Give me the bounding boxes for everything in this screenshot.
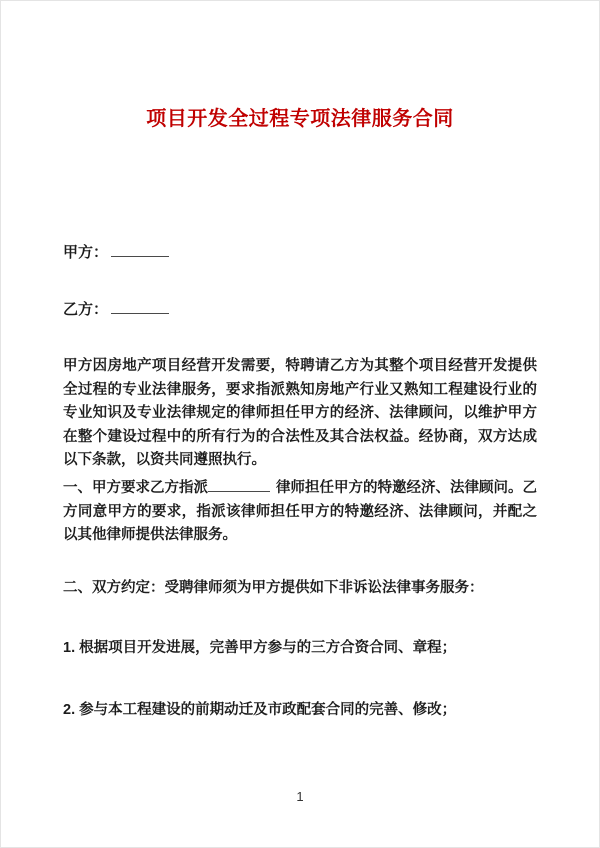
clause-1-text-before-blank: 一、甲方要求乙方指派 <box>63 480 208 496</box>
list-item-2: 2. 参与本工程建设的前期动迁及市政配套合同的完善、修改； <box>63 699 537 723</box>
clause-2-heading: 二、双方约定：受聘律师须为甲方提供如下非诉讼法律事务服务： <box>63 577 537 601</box>
intro-paragraph: 甲方因房地产项目经营开发需要，特聘请乙方为其整个项目经营开发提供全过程的专业法律… <box>63 355 537 473</box>
party-a-label: 甲方： <box>63 244 108 261</box>
document-title: 项目开发全过程专项法律服务合同 <box>1 102 599 131</box>
page-number: 1 <box>1 789 599 804</box>
party-a-row: 甲方： <box>63 241 537 265</box>
list-item-1: 1. 根据项目开发进展，完善甲方参与的三方合资合同、章程； <box>63 637 537 661</box>
party-a-blank-line <box>111 243 169 257</box>
contract-page: 项目开发全过程专项法律服务合同 甲方： 乙方： 甲方因房地产项目经营开发需要，特… <box>0 0 600 848</box>
party-b-label: 乙方： <box>63 301 108 318</box>
party-b-blank-line <box>111 300 169 314</box>
party-b-row: 乙方： <box>63 298 537 322</box>
clause-1-blank-line <box>208 478 270 492</box>
clause-1-paragraph: 一、甲方要求乙方指派律师担任甲方的特邀经济、法律顾问。乙方同意甲方的要求，指派该… <box>63 477 537 548</box>
